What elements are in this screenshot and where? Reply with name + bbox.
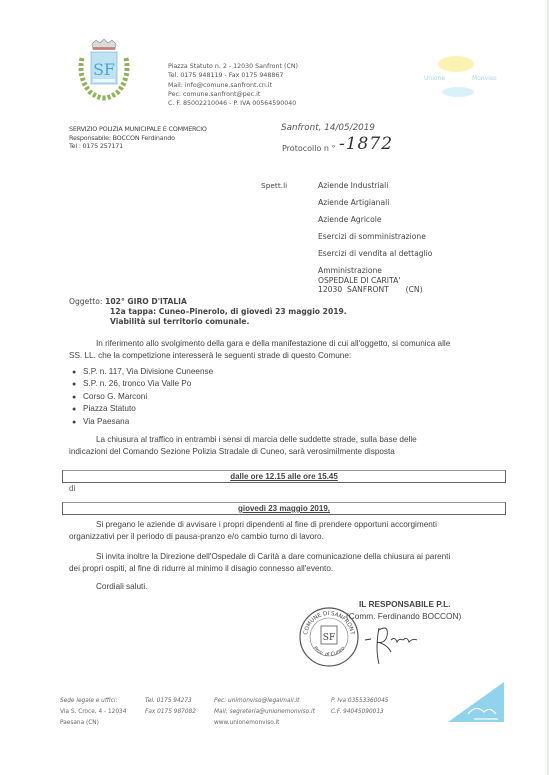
- unione-monviso-logo-icon: [438, 680, 506, 722]
- closure-date-box: giovedì 23 maggio 2019,: [62, 502, 506, 515]
- street-item: ●Corso G. Marconi: [72, 392, 213, 404]
- office-name: SERVIZIO POLIZIA MUNICIPALE E COMMERCIO: [69, 125, 207, 134]
- recipient-address-line: 12030 SANFRONT (CN): [318, 285, 432, 295]
- place-date: Sanfront, 14/05/2019: [281, 123, 375, 133]
- paragraph-intro: In riferimento allo svolgimento della ga…: [69, 338, 505, 362]
- logo-text-left: Unione: [424, 75, 445, 82]
- office-responsible: Responsabile: BOCCON Ferdinando: [69, 134, 207, 143]
- bullet-icon: ●: [72, 381, 83, 388]
- recipients-list: Aziende Industriali Aziende Artigianali …: [318, 181, 432, 295]
- subject-line: Oggetto: 102° GIRO D'ITALIA: [69, 297, 187, 307]
- closure-time: dalle ore 12.15 alle ore 15.45: [230, 472, 338, 481]
- paragraph-hospital: Si invita inoltre la Direzione dell'Ospe…: [69, 551, 505, 575]
- contact-line: Piazza Statuto n. 2 - 12030 Sanfront (CN…: [168, 62, 298, 71]
- street-item: ●Via Paesana: [72, 417, 213, 429]
- paragraph-closure: La chiusura al traffico in entrambi i se…: [69, 434, 505, 458]
- logo-text-right: Monviso: [472, 75, 497, 82]
- footer-phones: Tel. 0175 94273 Fax 0175 987082: [145, 696, 196, 718]
- footer-address: Sede legale e uffici: Via S. Croce, 4 - …: [60, 696, 126, 728]
- date-connector: di: [69, 484, 75, 493]
- signatory-title: IL RESPONSABILE P.L.: [359, 599, 450, 609]
- footer-piva: P. Iva 03553360045: [331, 696, 389, 707]
- recipient: Esercizi di somministrazione: [318, 232, 432, 249]
- municipality-contact-info: Piazza Statuto n. 2 - 12030 Sanfront (CN…: [168, 62, 298, 108]
- closure-time-box: dalle ore 12.15 alle ore 15.45: [62, 470, 506, 483]
- street-name: Via Paesana: [83, 417, 129, 426]
- paragraph-companies: Si pregano le aziende di avvisare i prop…: [69, 519, 505, 543]
- bullet-icon: ●: [72, 406, 83, 413]
- street-name: S.P. n. 26, tronco Via Valle Po: [83, 379, 191, 388]
- contact-line: C. F. 85002210046 - P. IVA 00564590040: [168, 99, 298, 108]
- handwritten-signature-icon: [363, 618, 433, 666]
- bullet-icon: ●: [72, 394, 83, 401]
- paragraph-line: indicazioni del Comando Sezione Polizia …: [69, 446, 505, 458]
- paragraph-line: organizzativi per il periodo di pausa-pr…: [69, 531, 505, 543]
- street-name: S.P. n. 117, Via Divisione Cuneense: [83, 367, 213, 376]
- closing-greeting: Cordiali saluti.: [96, 582, 147, 591]
- recipients-label: Spett.li: [261, 181, 287, 190]
- recipient: Aziende Industriali: [318, 181, 432, 198]
- paragraph-line: dei propri ospiti, al fine di ridurre al…: [69, 563, 505, 575]
- office-phone: Tel : 0175 257171: [69, 142, 207, 151]
- footer-mail: Mail: segreteria@unionemonviso.it: [214, 707, 315, 718]
- contact-line: Pec: comune.sanfront@pec.it: [168, 90, 298, 99]
- footer-cf: C.F. 94045090013: [331, 707, 389, 718]
- paragraph-line: In riferimento allo svolgimento della ga…: [69, 338, 505, 350]
- bullet-icon: ●: [72, 369, 83, 376]
- office-block: SERVIZIO POLIZIA MUNICIPALE E COMMERCIO …: [69, 125, 207, 151]
- recipient-address-line: Amministrazione: [318, 266, 432, 276]
- municipal-crest-icon: SF: [76, 38, 132, 102]
- footer-website: www.unionemonviso.it: [214, 718, 315, 729]
- street-item: ●S.P. n. 117, Via Divisione Cuneense: [72, 367, 213, 379]
- street-item: ●Piazza Statuto: [72, 404, 213, 416]
- paragraph-line: La chiusura al traffico in entrambi i se…: [69, 434, 505, 446]
- street-name: Corso G. Marconi: [83, 392, 147, 401]
- tourism-logo-icon: Unione Monviso: [410, 52, 530, 100]
- svg-text:SF: SF: [323, 633, 335, 643]
- footer-fax: Fax 0175 987082: [145, 707, 196, 718]
- protocol-number: -1872: [339, 134, 393, 154]
- footer-emails: Pec: unimonviso@legalmail.it Mail: segre…: [214, 696, 315, 728]
- footer-address-line: Via S. Croce, 4 - 12034: [60, 707, 126, 718]
- paragraph-line: Si pregano le aziende di avvisare i prop…: [69, 519, 505, 531]
- footer-pec: Pec: unimonviso@legalmail.it: [214, 696, 315, 707]
- svg-text:SF: SF: [93, 60, 115, 79]
- recipient: Aziende Artigianali: [318, 198, 432, 215]
- subject-title: 102° GIRO D'ITALIA: [105, 297, 187, 306]
- subject-details: 12a tappa: Cuneo–Pinerolo, di giovedì 23…: [110, 307, 347, 327]
- paragraph-line: Si invita inoltre la Direzione dell'Ospe…: [69, 551, 505, 563]
- footer-phone: Tel. 0175 94273: [145, 696, 196, 707]
- bullet-icon: ●: [72, 419, 83, 426]
- recipient: Esercizi di vendita al dettaglio: [318, 249, 432, 266]
- subject-label: Oggetto:: [69, 297, 102, 306]
- paragraph-line: SS. LL. che la competizione interesserà …: [69, 350, 505, 362]
- footer-address-label: Sede legale e uffici:: [60, 696, 126, 707]
- footer-tax: P. Iva 03553360045 C.F. 94045090013: [331, 696, 389, 718]
- footer-address-line: Paesana (CN): [60, 718, 126, 729]
- protocol-label: Protocollo n °: [282, 144, 336, 153]
- contact-line: Tel. 0175 948119 - Fax 0175 948867: [168, 71, 298, 80]
- closure-date: giovedì 23 maggio 2019,: [238, 504, 330, 513]
- street-item: ●S.P. n. 26, tronco Via Valle Po: [72, 379, 213, 391]
- street-name: Piazza Statuto: [83, 404, 136, 413]
- subject-viability: Viabilità sul territorio comunale.: [110, 317, 347, 327]
- contact-line: Mail: info@comune.sanfront.cn.it: [168, 81, 298, 90]
- streets-list: ●S.P. n. 117, Via Divisione Cuneense ●S.…: [72, 367, 213, 429]
- subject-stage: 12a tappa: Cuneo–Pinerolo, di giovedì 23…: [110, 307, 347, 317]
- recipient-address-line: OSPEDALE DI CARITA': [318, 276, 432, 286]
- recipient: Aziende Agricole: [318, 215, 432, 232]
